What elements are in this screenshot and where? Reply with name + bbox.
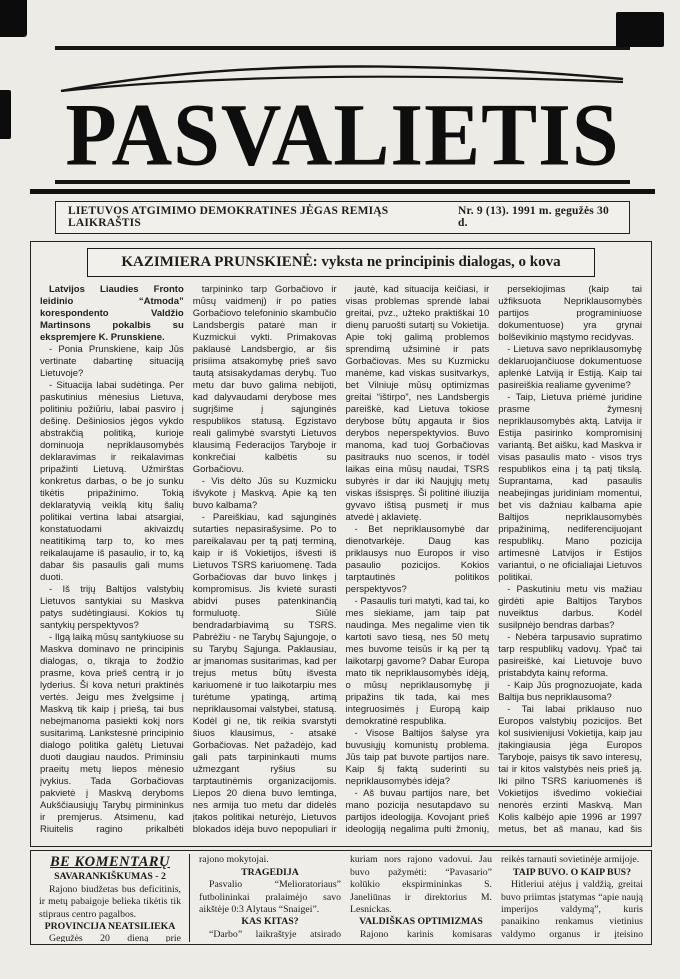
article-headline: KAZIMIERA PRUNSKIENĖ: vyksta ne principi… xyxy=(87,248,595,277)
article-paragraph: - Aš buvau partijos nare, bet mano pozic… xyxy=(346,788,490,837)
dateline-bar: LIETUVOS ATGIMIMO DEMOKRATINES JĖGAS REM… xyxy=(55,201,630,234)
main-article-box: KAZIMIERA PRUNSKIENĖ: vyksta ne principi… xyxy=(30,241,652,847)
article-paragraph: - Paskutiniu metu vis mažiau girdėti api… xyxy=(498,584,642,632)
brief-heading: VALDIŠKAS OPTIMIZMAS xyxy=(350,916,492,928)
article-paragraph: - Tai labai priklauso nuo Europos valsty… xyxy=(498,704,642,837)
article-paragraph: jautė, kad situacija keičiasi, ir visas … xyxy=(346,284,490,524)
masthead: PASVALIETIS LIETUVOS ATGIMIMO DEMOKRATIN… xyxy=(55,46,630,234)
article-paragraph: - Taip, Lietuva priėmė juridine prasme ž… xyxy=(498,392,642,584)
brief-text: Pasvalio “Melioratoriaus” futbolininkai … xyxy=(199,879,341,916)
article-column: persekiojimas (kaip tai užfiksuota Nepri… xyxy=(498,284,642,837)
scan-artifact-left-edge xyxy=(0,90,11,139)
article-paragraph: - Iš trijų Baltijos valstybių Lietuvos s… xyxy=(40,584,184,632)
newspaper-tagline: LIETUVOS ATGIMIMO DEMOKRATINES JĖGAS REM… xyxy=(68,205,458,229)
briefs-section-title: BE KOMENTARŲ xyxy=(39,854,181,871)
brief-column: reikės tarnauti sovietinėje armijoje.TAI… xyxy=(501,854,643,942)
brief-text: rajono mokytojai. xyxy=(199,854,341,866)
brief-column: rajono mokytojai.TRAGEDIJAPasvalio “Meli… xyxy=(199,854,341,942)
article-column: Latvijos Liaudies Fronto leidinio “Atmod… xyxy=(40,284,184,837)
article-paragraph: tarpininko tarp Gorbačiovo ir mūsų vaidm… xyxy=(193,284,337,476)
article-paragraph: - Bet nepriklausomybė dar dienotvarkėje.… xyxy=(346,524,490,596)
brief-text: kuriam nors rajono vadovui. Jau buvo paž… xyxy=(350,854,492,916)
article-columns: Latvijos Liaudies Fronto leidinio “Atmod… xyxy=(31,277,651,837)
newspaper-page: PASVALIETIS LIETUVOS ATGIMIMO DEMOKRATIN… xyxy=(0,0,680,979)
brief-column: BE KOMENTARŲSAVARANKIŠKUMAS - 2Rajono bi… xyxy=(39,854,190,942)
article-paragraph: - Situacija labai sudėtinga. Per paskuti… xyxy=(40,380,184,584)
scan-artifact-top-right xyxy=(616,12,664,47)
article-column: tarpininko tarp Gorbačiovo ir mūsų vaidm… xyxy=(193,284,337,837)
thick-double-rule xyxy=(30,189,655,194)
brief-text: Rajono biudžetas bus deficitinis, ir met… xyxy=(39,884,181,921)
brief-heading: KAS KITAS? xyxy=(199,916,341,928)
issue-number-date: Nr. 9 (13). 1991 m. gegužės 30 d. xyxy=(458,205,619,229)
brief-text: Hitleriui atėjus į valdžią, greitai buvo… xyxy=(501,879,643,942)
news-briefs-box: BE KOMENTARŲSAVARANKIŠKUMAS - 2Rajono bi… xyxy=(30,850,652,945)
brief-text: “Darbo” laikraštyje atsirado nauja tradi… xyxy=(199,929,341,943)
article-paragraph: - Lietuva savo nepriklausomybę deklaruoj… xyxy=(498,344,642,392)
article-column: jautė, kad situacija keičiasi, ir visas … xyxy=(346,284,490,837)
article-paragraph: - Pasaulis turi matyti, kad tai, ko mes … xyxy=(346,596,490,728)
article-paragraph: Latvijos Liaudies Fronto leidinio “Atmod… xyxy=(40,284,184,344)
article-paragraph: - Ilgą laiką mūsų santykiuose su Maskva … xyxy=(40,632,184,837)
article-paragraph: - Ponia Prunskiene, kaip Jūs vertinate d… xyxy=(40,344,184,380)
brief-heading: TRAGEDIJA xyxy=(199,867,341,879)
article-paragraph: - Pareiškiau, kad sąjunginės sutarties n… xyxy=(193,512,337,837)
brief-column: kuriam nors rajono vadovui. Jau buvo paž… xyxy=(350,854,492,942)
brief-heading: PROVINCIJA NEATSILIEKA xyxy=(39,921,181,933)
brief-text: Rajono karinis komisaras išsiuntinėjo kv… xyxy=(350,929,492,943)
article-paragraph: - Visose Baltijos šalyse yra buvusiųjų k… xyxy=(346,728,490,788)
scan-artifact-top-left xyxy=(0,0,27,37)
article-paragraph: - Nebėra tarpusavio supratimo tarp respu… xyxy=(498,632,642,680)
brief-text: Gegužės 20 dieną prie savivaldybės pasta… xyxy=(39,933,181,942)
article-paragraph: persekiojimas (kaip tai užfiksuota Nepri… xyxy=(498,284,642,344)
brief-heading: SAVARANKIŠKUMAS - 2 xyxy=(39,871,181,883)
newspaper-title: PASVALIETIS xyxy=(55,93,630,180)
top-double-rule xyxy=(55,46,630,50)
article-paragraph: - Kaip Jūs prognozuojate, kada Baltija b… xyxy=(498,680,642,704)
article-paragraph: - Vis dėlto Jūs su Kuzmicku išvykote į M… xyxy=(193,476,337,512)
brief-text: reikės tarnauti sovietinėje armijoje. xyxy=(501,854,643,866)
brief-heading: TAIP BUVO. O KAIP BUS? xyxy=(501,867,643,879)
